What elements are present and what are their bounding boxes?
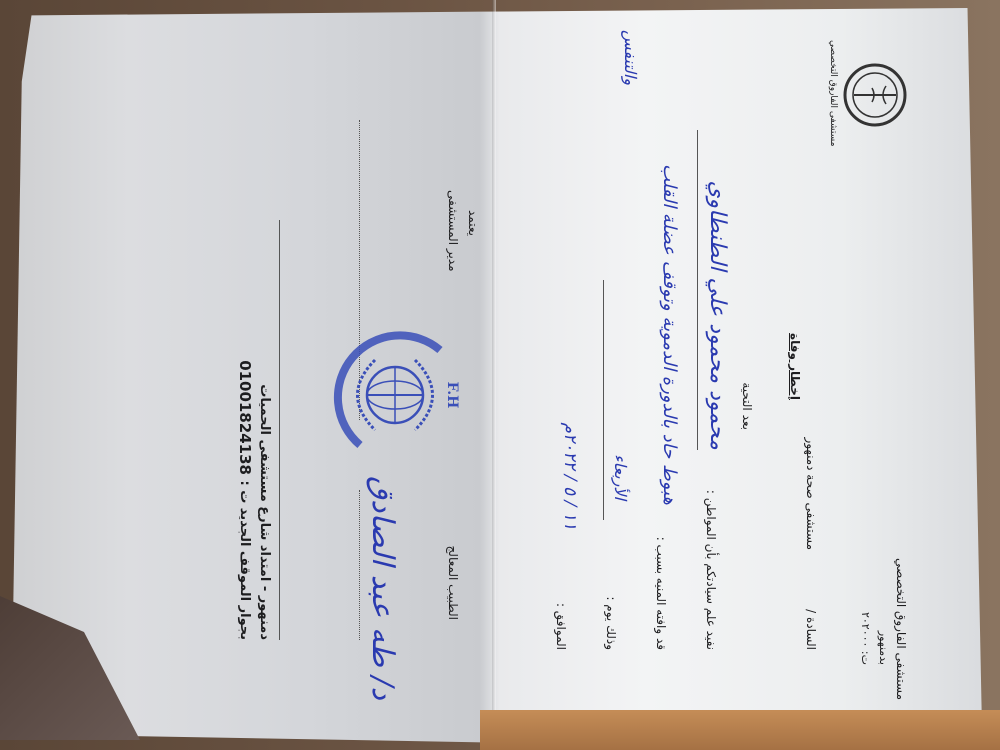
- hospital-logo: [840, 60, 910, 130]
- greeting: بعد التحية: [740, 382, 754, 430]
- death-date: ١١ / ٥ / ٢٠٢٢م: [560, 422, 580, 530]
- doctor-signature: د/ طه عبد الصادق: [365, 476, 400, 700]
- addressee-label: السادة /: [804, 609, 818, 650]
- addressee-value: مستشفى صحة دمنهور: [804, 438, 818, 550]
- deceased-name: محمود محمود علي الطنطاوي: [705, 180, 730, 450]
- logo-caption: مستشفى الفاروق التخصصي: [828, 40, 838, 146]
- hospital-city: بدمنهور: [877, 631, 890, 665]
- cause-of-death: هبوط حاد بالدورة الدموية وتوقف عضلة القل…: [659, 164, 680, 505]
- line2-label: قد وافته المنيه بسبب :: [654, 537, 668, 650]
- footer-rule: [279, 220, 280, 640]
- doctor-signature-line: [359, 490, 360, 640]
- subject: إخطار وفاة: [788, 333, 802, 400]
- caduceus-logo-icon: [840, 60, 910, 130]
- death-day: الأربعاء: [611, 454, 630, 500]
- doctor-label: الطبيب المعالج: [446, 546, 460, 620]
- stamp-seal-icon: F.H: [320, 320, 470, 470]
- cause-of-death-cont: والتنفس: [621, 30, 640, 85]
- director-label: مدير المستشفى: [446, 190, 460, 272]
- line3-label: وذلك يوم :: [604, 596, 618, 650]
- hospital-license: ت: ٢٠٢٠٠٠: [859, 612, 872, 665]
- rotated-page: مستشفى الفاروق التخصصي بدمنهور ت: ٢٠٢٠٠٠…: [20, 20, 980, 720]
- footer-location: بجوار الموقف الجديد ت :: [237, 480, 252, 640]
- line1-rule: [697, 130, 698, 450]
- line3-rule: [603, 280, 604, 520]
- line1-label: نفيد علم سيادتكم بأن المواطن :: [704, 490, 718, 650]
- footer-address: دمنهور - امتداد شارع مستشفى الحميات: [257, 384, 272, 640]
- hospital-stamp: F.H: [320, 320, 470, 470]
- hospital-name: مستشفى الفاروق التخصصي: [894, 558, 908, 700]
- stamp-initials: F.H: [444, 382, 460, 409]
- director-approval: يعتمد: [466, 210, 480, 236]
- line4-label: الموافق :: [554, 603, 568, 650]
- footer-phone: 01001824138: [236, 360, 254, 475]
